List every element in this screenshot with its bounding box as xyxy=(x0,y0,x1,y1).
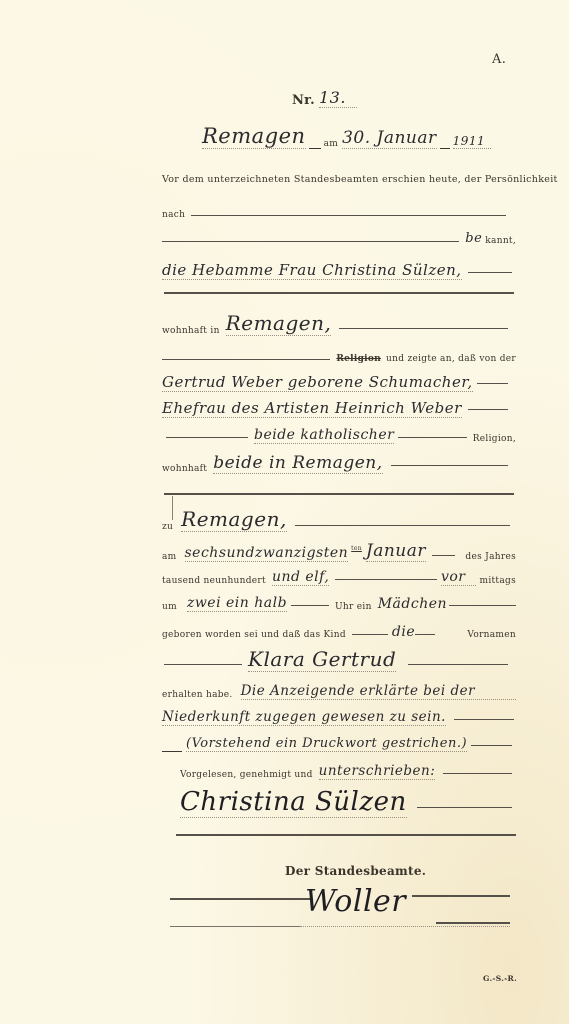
birth-place: Remagen, xyxy=(181,507,287,532)
record-number-row: Nr. 13. xyxy=(292,88,357,108)
birth-date-row: am sechsundzwanzigsten ten Januar des Ja… xyxy=(162,536,516,562)
birth-month: Januar xyxy=(366,541,426,562)
informant-signature-row: Christina Sülzen xyxy=(180,782,516,818)
informant-residence-row: wohnhaft in Remagen, xyxy=(162,308,516,336)
record-number: 13. xyxy=(319,88,357,108)
mittags-label: mittags xyxy=(480,576,517,586)
informant-row: die Hebamme Frau Christina Sülzen, xyxy=(162,254,516,280)
birth-year: und elf, xyxy=(272,569,329,586)
uhr-ein-label: Uhr ein xyxy=(335,602,372,612)
remark-line1: Die Anzeigende erklärte bei der xyxy=(241,683,516,700)
birth-year-row: tausend neunhundert und elf, vor mittags xyxy=(162,562,516,586)
remark-line2-row: Niederkunft zugegen gewesen zu sein. xyxy=(162,702,516,726)
place-date-row: Remagen am 30. Januar 1911 xyxy=(202,124,522,149)
vornamen-label: Vornamen xyxy=(467,630,516,640)
birth-time: zwei ein halb xyxy=(187,595,287,612)
um-label: um xyxy=(162,602,177,612)
registrar-dotted-line xyxy=(300,926,510,927)
bekannt-label: kannt, xyxy=(485,236,516,246)
des-jahres-label: des Jahres xyxy=(465,552,516,562)
closing-rule xyxy=(176,834,516,836)
erhalten-label: erhalten habe. xyxy=(162,690,233,700)
child-sex: Mädchen xyxy=(378,596,447,612)
remark-line3-row: (Vorstehend ein Druckwort gestrichen.) xyxy=(162,728,516,752)
birth-day: sechsundzwanzigsten xyxy=(185,545,349,562)
vor-value: vor xyxy=(441,569,476,586)
zu-label: zu xyxy=(162,522,173,532)
registration-date: 30. Januar xyxy=(342,128,437,149)
blank-rule-2 xyxy=(164,493,514,495)
zeigte-text: und zeigte an, daß von der xyxy=(386,354,516,364)
geboren-row: geboren worden sei und daß das Kind die … xyxy=(162,618,516,640)
mother-line1-row: Gertrud Weber geborene Schumacher, xyxy=(162,366,516,392)
informant-signature: Christina Sülzen xyxy=(180,787,407,818)
blank-rule xyxy=(164,292,514,294)
nach-row: nach xyxy=(162,198,516,220)
mother-line2-row: Ehefrau des Artisten Heinrich Weber xyxy=(162,392,516,418)
child-names-row: Klara Gertrud xyxy=(162,644,516,672)
bekannt-row: be kannt, xyxy=(162,224,516,246)
die-value: die xyxy=(392,624,415,640)
parents-residence-row: wohnhaft beide in Remagen, xyxy=(162,446,516,474)
vorgelesen-row: Vorgelesen, genehmigt und unterschrieben… xyxy=(180,756,516,780)
registrar-rule-left-top xyxy=(170,898,310,900)
registration-year: 1911 xyxy=(453,134,492,149)
registrar-rule-right-bottom xyxy=(436,922,510,924)
religion-informant-row: Religion und zeigte an, daß von der xyxy=(162,342,516,364)
informant-name: die Hebamme Frau Christina Sülzen, xyxy=(162,261,462,280)
remark-line3: (Vorstehend ein Druckwort gestrichen.) xyxy=(186,736,467,752)
child-names: Klara Gertrud xyxy=(248,647,396,672)
wohnhaft-in-label: wohnhaft in xyxy=(162,326,220,336)
mother-spouse: Ehefrau des Artisten Heinrich Weber xyxy=(162,399,462,418)
informant-residence: Remagen, xyxy=(226,311,332,336)
mother-name: Gertrud Weber geborene Schumacher, xyxy=(162,373,473,392)
wohnhaft-label: wohnhaft xyxy=(162,464,207,474)
intro-text: Vor dem unterzeichneten Standesbeamten e… xyxy=(162,174,522,185)
registrar-title: Der Standesbeamte. xyxy=(285,864,426,878)
registrar-rule-left-bottom xyxy=(170,926,300,927)
registration-place: Remagen xyxy=(202,124,306,149)
am-label: am xyxy=(324,139,339,149)
nr-label: Nr. xyxy=(292,93,315,108)
printer-mark: G.-S.-R. xyxy=(483,974,517,983)
birth-am-label: am xyxy=(162,552,177,562)
birth-time-row: um zwei ein halb Uhr ein Mädchen xyxy=(162,588,516,612)
birth-place-row: zu Remagen, xyxy=(162,504,516,532)
bekannt-handwritten: be xyxy=(465,231,482,246)
parents-religion: beide katholischer xyxy=(254,427,394,444)
religion-label: Religion, xyxy=(473,434,516,444)
geboren-text: geboren worden sei und daß das Kind xyxy=(162,630,346,640)
nach-label: nach xyxy=(162,210,185,220)
registrar-signature: Woller xyxy=(305,884,406,919)
parents-residence: beide in Remagen, xyxy=(213,453,382,474)
unterschrieben-value: unterschrieben: xyxy=(319,763,436,780)
religion-struck-label: Religion xyxy=(336,354,381,364)
erhalten-row: erhalten habe. Die Anzeigende erklärte b… xyxy=(162,676,516,700)
registrar-rule-right-top xyxy=(412,895,510,897)
remark-line2: Niederkunft zugegen gewesen zu sein. xyxy=(162,709,446,726)
form-corner-label: A. xyxy=(492,52,506,67)
vorgelesen-label: Vorgelesen, genehmigt und xyxy=(180,770,313,780)
ten-suffix: ten xyxy=(351,545,362,552)
tausend-label: tausend neunhundert xyxy=(162,576,266,586)
parents-religion-row: beide katholischer Religion, xyxy=(162,420,516,444)
